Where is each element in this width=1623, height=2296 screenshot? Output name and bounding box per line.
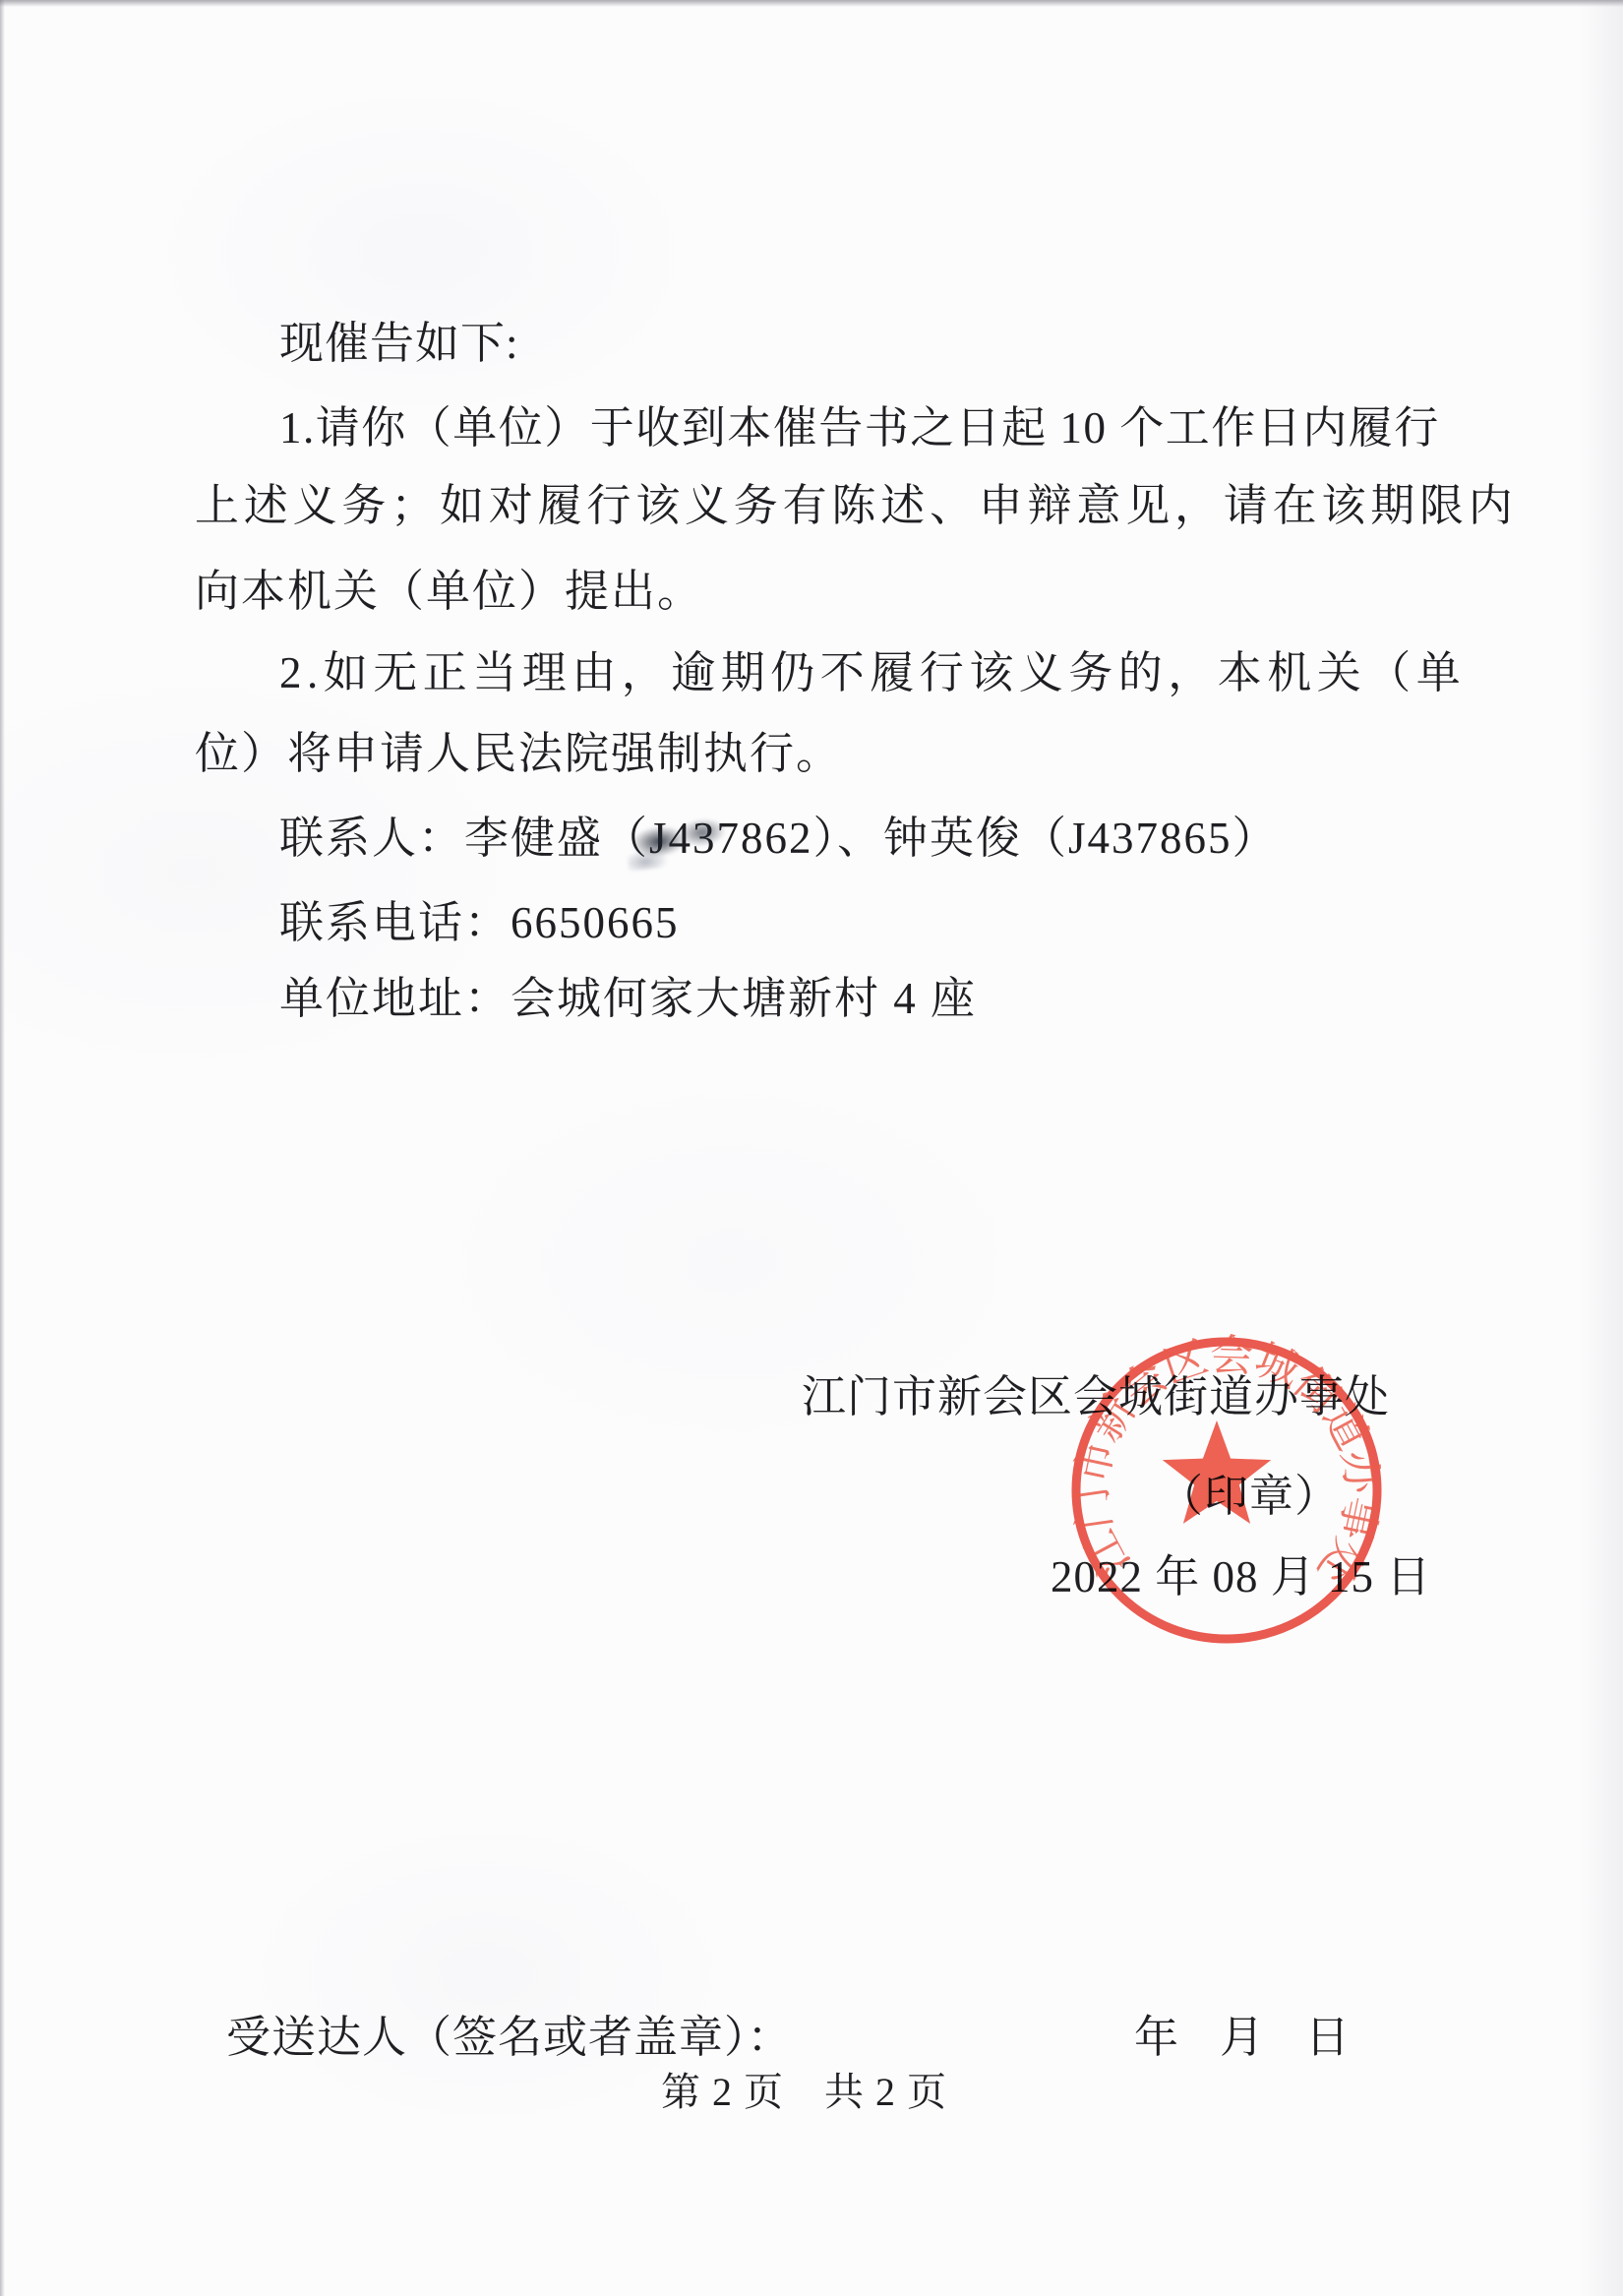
star-icon bbox=[1163, 1420, 1271, 1524]
paragraph2-line1: 2.如无正当理由，逾期仍不履行该义务的，本机关（单 bbox=[195, 648, 1466, 697]
official-seal-stamp: 江门市新会区会城街道办事处 bbox=[1059, 1330, 1394, 1655]
scan-edge-left bbox=[0, 0, 5, 2296]
intro-line: 现催告如下: bbox=[195, 319, 519, 368]
contact-person-line: 联系人：李健盛（J437862）、钟英俊（J437865） bbox=[195, 814, 1279, 863]
scan-edge-top bbox=[0, 0, 1623, 7]
blank-date-fields: 年月日 bbox=[1134, 2013, 1391, 2062]
paragraph2-line2: 位）将申请人民法院强制执行。 bbox=[195, 729, 842, 778]
paragraph1-line3: 向本机关（单位）提出。 bbox=[195, 567, 703, 616]
paragraph1-line1: 1.请你（单位）于收到本催告书之日起 10 个工作日内履行 bbox=[195, 403, 1440, 453]
paragraph1-line2: 上述义务；如对履行该义务有陈述、申辩意见，请在该期限内 bbox=[195, 481, 1518, 530]
page-number: 第 2 页 共 2 页 bbox=[661, 2068, 947, 2117]
document-page: 现催告如下: 1.请你（单位）于收到本催告书之日起 10 个工作日内履行 上述义… bbox=[0, 0, 1623, 2296]
contact-phone-line: 联系电话：6650665 bbox=[195, 898, 680, 947]
scan-edge-right bbox=[1578, 0, 1623, 2296]
receiver-signature-label: 受送达人（签名或者盖章）： bbox=[226, 2013, 793, 2062]
unit-address-line: 单位地址：会城何家大塘新村 4 座 bbox=[195, 974, 977, 1023]
